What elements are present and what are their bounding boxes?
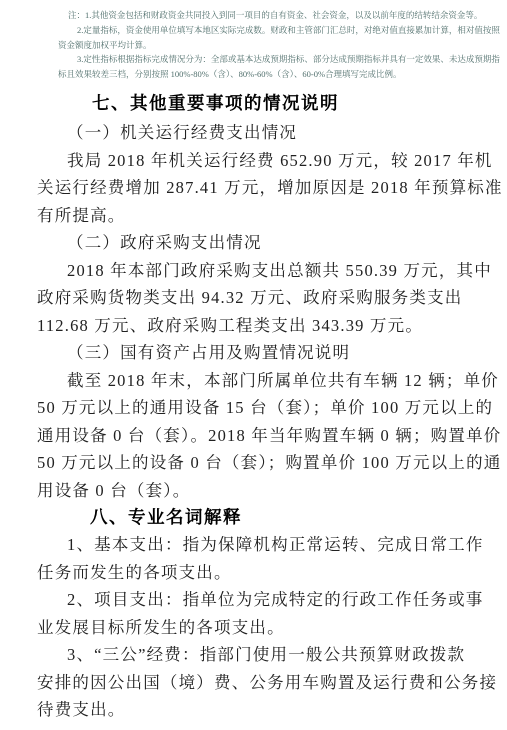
body-line: 我局 2018 年机关运行经费 652.90 万元，较 2017 年机 xyxy=(37,147,492,175)
body-line: 待费支出。 xyxy=(37,696,492,724)
body-line: 截至 2018 年末，本部门所属单位共有车辆 12 辆；单价 xyxy=(37,367,492,395)
body-line: （三）国有资产占用及购置情况说明 xyxy=(37,339,492,367)
body-line: 2018 年本部门政府采购支出总额共 550.39 万元，其中 xyxy=(37,257,492,285)
footnote-line: 标且效果较差三档，分别按照 100%-80%（含）、80%-60%（含）、60-… xyxy=(58,67,488,82)
document-page: 注：1.其他资金包括和财政资金共同投入到同一项目的自有资金、社会资金，以及以前年… xyxy=(0,0,507,730)
body-line: 任务而发生的各项支出。 xyxy=(37,559,492,587)
body-line: 1、基本支出：指为保障机构正常运转、完成日常工作 xyxy=(37,531,492,559)
body-line: （一）机关运行经费支出情况 xyxy=(37,119,492,147)
body-line: 安排的因公出国（境）费、公务用车购置及运行费和公务接 xyxy=(37,669,492,697)
footnote-line: 注：1.其他资金包括和财政资金共同投入到同一项目的自有资金、社会资金，以及以前年… xyxy=(68,8,488,23)
body-line: （二）政府采购支出情况 xyxy=(37,229,492,257)
body-line: 有所提高。 xyxy=(37,202,492,230)
body-line: 50 万元以上的设备 0 台（套）；购置单价 100 万元以上的通 xyxy=(37,449,492,477)
body-line: 通用设备 0 台（套）。2018 年当年购置车辆 0 辆；购置单价 xyxy=(37,422,492,450)
footnote-line: 资金额度加权平均计算。 xyxy=(58,38,488,53)
body-line: 用设备 0 台（套）。 xyxy=(37,477,492,505)
footnote-line: 2.定量指标，资金使用单位填写本地区实际完成数。财政和主管部门汇总时，对绝对值直… xyxy=(77,23,488,38)
section-eight-body: 1、基本支出：指为保障机构正常运转、完成日常工作 任务而发生的各项支出。 2、项… xyxy=(37,531,492,724)
footnote-block: 注：1.其他资金包括和财政资金共同投入到同一项目的自有资金、社会资金，以及以前年… xyxy=(58,8,488,82)
body-line: 关运行经费增加 287.41 万元，增加原因是 2018 年预算标准 xyxy=(37,174,492,202)
footnote-line: 3.定性指标根据指标完成情况分为：全部或基本达成预期指标、部分达成预期指标并具有… xyxy=(77,52,488,67)
section-seven-body: （一）机关运行经费支出情况 我局 2018 年机关运行经费 652.90 万元，… xyxy=(37,119,492,504)
section-heading-eight: 八、专业名词解释 xyxy=(37,504,507,530)
body-line: 50 万元以上的通用设备 15 台（套）；单价 100 万元以上的 xyxy=(37,394,492,422)
body-line: 112.68 万元、政府采购工程类支出 343.39 万元。 xyxy=(37,312,492,340)
body-line: 3、“三公”经费：指部门使用一般公共预算财政拨款 xyxy=(37,641,492,669)
body-line: 业发展目标所发生的各项支出。 xyxy=(37,614,492,642)
section-heading-seven: 七、其他重要事项的情况说明 xyxy=(37,90,507,116)
body-line: 政府采购货物类支出 94.32 万元、政府采购服务类支出 xyxy=(37,284,492,312)
body-line: 2、项目支出：指单位为完成特定的行政工作任务或事 xyxy=(37,586,492,614)
